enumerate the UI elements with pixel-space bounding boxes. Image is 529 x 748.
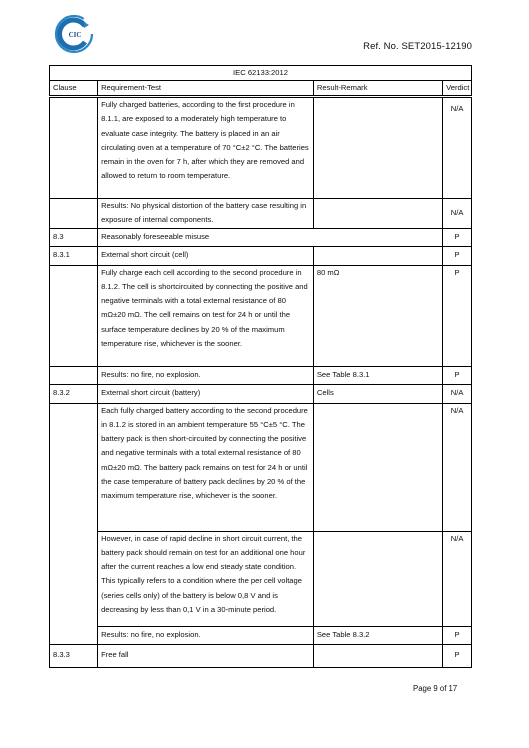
requirement-cell: External short circuit (battery) (98, 384, 314, 403)
clause-cell (50, 98, 98, 199)
verdict-cell: N/A (443, 199, 472, 229)
table-row: Each fully charged battery according to … (50, 403, 472, 531)
clause-cell (50, 366, 98, 384)
verdict-cell: P (443, 228, 472, 246)
result-cell (313, 644, 442, 667)
table-row: Results: No physical distortion of the b… (50, 199, 472, 229)
clause-cell (50, 265, 98, 366)
table-row: However, in case of rapid decline in sho… (50, 531, 472, 626)
verdict-cell: P (443, 265, 472, 366)
clause-cell: 8.3.1 (50, 246, 98, 265)
table-row: 8.3.3 Free fall P (50, 644, 472, 667)
verdict-cell: P (443, 644, 472, 667)
column-header-requirement: Requirement-Test (98, 81, 314, 96)
requirement-cell: Results: No physical distortion of the b… (98, 199, 314, 229)
reference-number: Ref. No. SET2015-12190 (363, 41, 472, 52)
test-results-table: Fully charged batteries, according to th… (49, 97, 472, 668)
requirement-cell: Fully charged batteries, according to th… (98, 98, 314, 199)
table-row: Results: no fire, no explosion. See Tabl… (50, 626, 472, 644)
requirement-cell: Fully charge each cell according to the … (98, 265, 314, 366)
requirement-cell: Free fall (98, 644, 314, 667)
requirement-cell: Each fully charged battery according to … (98, 403, 314, 531)
result-cell: See Table 8.3.1 (313, 366, 442, 384)
cic-logo-icon: CIC (54, 14, 94, 54)
result-cell (313, 199, 442, 229)
header-table: IEC 62133:2012 Clause Requirement-Test R… (49, 65, 472, 96)
table-row: 8.3.1 External short circuit (cell) P (50, 246, 472, 265)
verdict-cell: N/A (443, 384, 472, 403)
table-row: Results: no fire, no explosion. See Tabl… (50, 366, 472, 384)
result-cell (313, 98, 442, 199)
verdict-cell: N/A (443, 403, 472, 531)
column-header-result: Result-Remark (313, 81, 442, 96)
verdict-cell: P (443, 366, 472, 384)
column-header-verdict: Verdict (443, 81, 472, 96)
result-cell: 80 mΩ (313, 265, 442, 366)
requirement-cell: Results: no fire, no explosion. (98, 626, 314, 644)
verdict-cell: P (443, 246, 472, 265)
result-cell: See Table 8.3.2 (313, 626, 442, 644)
standard-title: IEC 62133:2012 (50, 66, 472, 81)
requirement-cell: Reasonably foreseeable misuse (98, 228, 443, 246)
requirement-cell: However, in case of rapid decline in sho… (98, 531, 314, 626)
result-cell (313, 403, 442, 531)
result-cell (313, 531, 442, 626)
clause-cell: 8.3.2 (50, 384, 98, 403)
clause-cell (50, 403, 98, 644)
clause-cell: 8.3 (50, 228, 98, 246)
table-row: 8.3.2 External short circuit (battery) C… (50, 384, 472, 403)
verdict-cell: N/A (443, 531, 472, 626)
requirement-cell: External short circuit (cell) (98, 246, 314, 265)
page-number: Page 9 of 17 (413, 684, 457, 693)
table-row: Fully charged batteries, according to th… (50, 98, 472, 199)
column-header-clause: Clause (50, 81, 98, 96)
table-row: 8.3 Reasonably foreseeable misuse P (50, 228, 472, 246)
result-cell: Cells (313, 384, 442, 403)
result-cell (313, 246, 442, 265)
verdict-cell: P (443, 626, 472, 644)
clause-cell (50, 199, 98, 229)
verdict-cell: N/A (443, 98, 472, 199)
requirement-cell: Results: no fire, no explosion. (98, 366, 314, 384)
table-row: Fully charge each cell according to the … (50, 265, 472, 366)
svg-text:CIC: CIC (69, 31, 82, 39)
clause-cell: 8.3.3 (50, 644, 98, 667)
